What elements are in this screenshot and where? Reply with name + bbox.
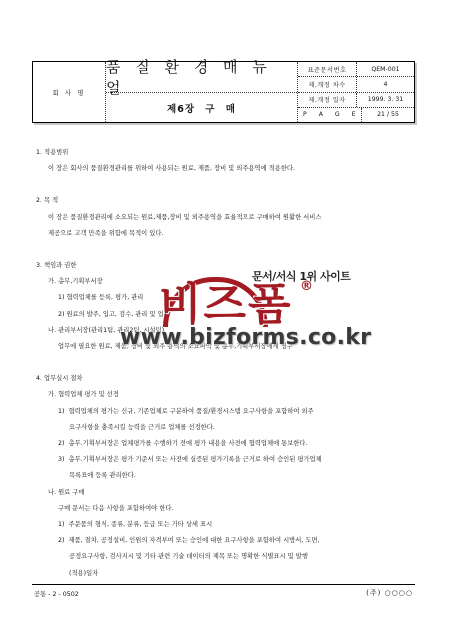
footer-divider	[32, 584, 415, 585]
subsection-heading: 나. 원료 구매	[36, 485, 426, 501]
section-heading: 2. 목 적	[36, 193, 426, 209]
list-number: 1)	[58, 408, 64, 415]
list-item: 3) 총무.기획부서장은 평가 기준서 또는 사전에 실증된 평가기록을 근거로…	[36, 452, 426, 468]
meta-row-page: P A G E 21 / 55	[298, 107, 414, 122]
footer-form-code: 공통 - 2 - 0502	[34, 589, 79, 598]
list-item-continuation: 목록표에 등록 관리한다.	[36, 468, 426, 484]
list-item-continuation: 공정요구사항, 검사지시 및 기타 관련 기술 데이터의 제목 또는 명확한 식…	[36, 549, 426, 565]
list-item: 1) 협력업체를 등록, 평가, 관리	[36, 290, 426, 306]
footer-company: (주) ○○○○	[366, 588, 413, 598]
list-item: 2) 총무.기획부서장은 업체평가를 수행하기 전에 평가 내용을 사전에 협력…	[36, 436, 426, 452]
meta-label: 제.개정 차수	[298, 77, 357, 91]
company-name: 회 사 명	[33, 62, 106, 122]
document-meta: 표준문서번호 QEM-001 제.개정 차수 4 제.개정 일자 1999. 3…	[298, 62, 414, 122]
list-number: 1)	[58, 521, 64, 528]
list-item: 1) 협력업체의 평가는 신규, 기존업체로 구분하여 품질/환경시스템 요구사…	[36, 404, 426, 420]
meta-label: P A G E	[298, 108, 362, 122]
list-item-continuation: (적용)일자	[36, 566, 426, 582]
document-header-table: 회 사 명 품 질 환 경 매 뉴 얼 제6장 구 매 표준문서번호 QEM-0…	[32, 61, 415, 123]
chapter-title: 제6장 구 매	[106, 93, 297, 122]
list-text: 총무.기획부서장은 평가 기준서 또는 사전에 실증된 평가기록을 근거로 하여…	[68, 456, 321, 463]
paragraph-line: 이 장은 품질환경관리에 소요되는 원료,제품,장비 및 외주용역을 효율적으로…	[36, 210, 426, 226]
meta-row-doc-number: 표준문서번호 QEM-001	[298, 62, 414, 76]
manual-title: 품 질 환 경 매 뉴 얼	[106, 62, 297, 93]
list-text: 총무.기획부서장은 업체평가를 수행하기 전에 평가 내용을 사전에 협력업체에…	[68, 440, 307, 447]
subsection-heading: 나. 관리부서장(관리1팀, 관리2팀, 시설팀)	[36, 323, 426, 339]
subsection-heading: 가. 협력업체 평가 및 선정	[36, 387, 426, 403]
list-text: 협력업체의 평가는 신규, 기존업체로 구분하여 품질/환경시스템 요구사항을 …	[68, 408, 313, 415]
section-heading: 3. 책임과 권한	[36, 258, 426, 274]
meta-row-revision-date: 제.개정 일자 1999. 3. 31	[298, 92, 414, 107]
section-heading: 4. 업무실시 절차	[36, 371, 426, 387]
list-text: 주문품의 형식, 종류, 분류, 등급 또는 기타 상세 표시	[68, 521, 212, 528]
list-item: 2) 제품, 절차, 공정설비, 인원의 자격부여 또는 승인에 대한 요구사항…	[36, 533, 426, 549]
meta-value: QEM-001	[357, 62, 414, 76]
section-heading: 1. 적용범위	[36, 145, 426, 161]
meta-label: 제.개정 일자	[298, 93, 357, 107]
list-item-continuation: 요구사항을 충족시킬 능력을 근거로 업체를 선정한다.	[36, 420, 426, 436]
list-item: 2) 원료의 발주, 입고, 검수, 관리 및 업무	[36, 307, 426, 323]
meta-value: 1999. 3. 31	[357, 93, 414, 107]
paragraph-line: 제공으로 고객 만족을 위함에 목적이 있다.	[36, 226, 426, 242]
title-column: 품 질 환 경 매 뉴 얼 제6장 구 매	[106, 62, 298, 122]
list-number: 2)	[58, 537, 64, 544]
paragraph: 업무에 필요한 원료, 제품, 장비 및 외주 용역의 소요파악 및 총무,기획…	[36, 339, 426, 355]
list-number: 3)	[58, 456, 64, 463]
meta-label: 표준문서번호	[298, 62, 357, 76]
meta-row-revision: 제.개정 차수 4	[298, 76, 414, 91]
paragraph: 이 장은 회사의 품질환경관리를 위하여 사용되는 원료, 제품, 장비 및 외…	[36, 161, 426, 177]
list-number: 2)	[58, 440, 64, 447]
subsection-heading: 가. 총무,기획부서장	[36, 274, 426, 290]
meta-value: 4	[357, 77, 414, 91]
paragraph: 구매 문서는 다음 사항을 포함하여야 한다.	[36, 501, 426, 517]
document-body: 1. 적용범위 이 장은 회사의 품질환경관리를 위하여 사용되는 원료, 제품…	[36, 145, 426, 582]
list-item: 1) 주문품의 형식, 종류, 분류, 등급 또는 기타 상세 표시	[36, 517, 426, 533]
document-page: 회 사 명 품 질 환 경 매 뉴 얼 제6장 구 매 표준문서번호 QEM-0…	[0, 0, 450, 637]
meta-value: 21 / 55	[362, 108, 414, 122]
list-text: 제품, 절차, 공정설비, 인원의 자격부여 또는 승인에 대한 요구사항을 포…	[68, 537, 319, 544]
